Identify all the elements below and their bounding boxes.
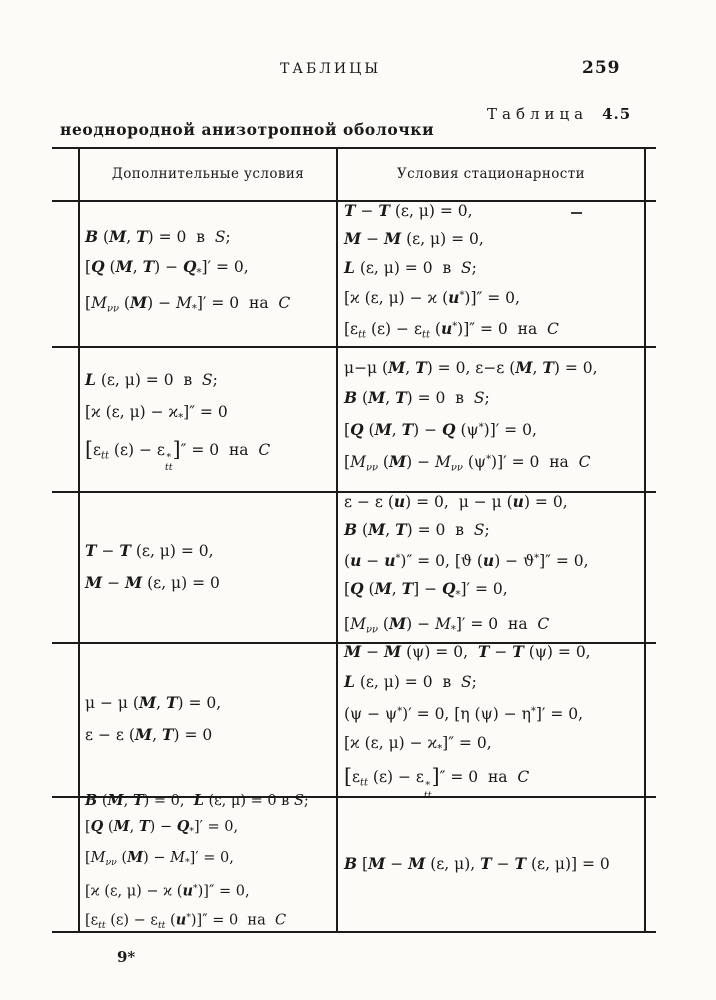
cell-row1-stationarity: T − T (ε, μ) = 0,M − M (ε, μ) = 0,L (ε, … <box>344 202 644 344</box>
cell-row2-additional: L (ε, μ) = 0 в S;[ϰ (ε, μ) − ϰ*]″ = 0[εt… <box>85 348 335 489</box>
cell-row1-additional: B (M, T) = 0 в S;[Q (M, T) − Q*]′ = 0,[M… <box>85 202 335 344</box>
cell-row4-additional: μ − μ (M, T) = 0,ε − ε (M, T) = 0 <box>85 644 335 794</box>
table-border-right <box>644 147 646 933</box>
header-cell-additional-conditions: Дополнительные условия <box>80 149 336 199</box>
running-head: ТАБЛИЦЫ <box>280 61 381 77</box>
table-caption: Таблица4.5 <box>487 105 631 123</box>
cell-row5-stationarity: B [M − M (ε, μ), T − T (ε, μ)] = 0 <box>344 798 644 929</box>
cell-row3-stationarity: ε − ε (u) = 0, μ − μ (u) = 0,B (M, T) = … <box>344 493 644 640</box>
cell-row3-additional: T − T (ε, μ) = 0,M − M (ε, μ) = 0 <box>85 493 335 640</box>
intro-text: неоднородной анизотропной оболочки <box>60 120 434 139</box>
table-border-left <box>78 147 80 933</box>
scanned-book-page: ТАБЛИЦЫ 259 Таблица4.5 неоднородной аниз… <box>0 0 716 1000</box>
cell-row2-stationarity: μ−μ (M, T) = 0, ε−ε (M, T) = 0,B (M, T) … <box>344 348 644 489</box>
cell-row5-additional: B (M, T) = 0, L (ε, μ) = 0 в S;[Q (M, T)… <box>85 798 335 929</box>
page-number: 259 <box>582 58 621 78</box>
header-cell-stationarity-conditions: Условия стационарности <box>338 149 644 199</box>
column-divider <box>336 147 338 933</box>
table-caption-word: Таблица <box>487 105 588 123</box>
footer-signature-mark: 9* <box>117 948 135 966</box>
cell-row4-stationarity: M − M (ψ) = 0, T − T (ψ) = 0,L (ε, μ) = … <box>344 644 644 794</box>
table-caption-number: 4.5 <box>602 105 631 123</box>
